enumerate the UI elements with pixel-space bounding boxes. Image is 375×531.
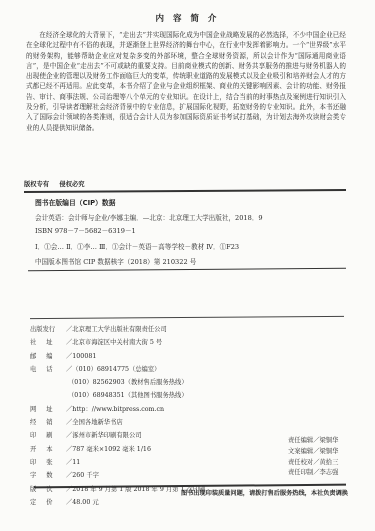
divider	[28, 268, 346, 272]
distributor-row: 经销／全国各地新华书店	[30, 416, 205, 429]
cip-bibliographic: 会计英语：会计师与企业/李娜主编．—北京：北京理工大学出版社，2018．9	[35, 212, 263, 222]
phone-row: 电话／（010）68914775（总编室）	[30, 363, 205, 376]
copy-editor: 文案编辑／梁铜华	[288, 447, 338, 458]
format-row: 开本／787 毫米×1092 毫米 1/16	[30, 443, 205, 456]
phone-row-3: （010）68948351（其他图书服务热线）	[30, 389, 205, 402]
rights-notice: 版权专有 侵权必究	[24, 179, 93, 188]
piracy-warning: 侵权必究	[59, 181, 84, 188]
intro-paragraph: 在经济全球化的大背景下，“走出去”并实现国际化成为中国企业战略发展的必然选择，不…	[26, 30, 346, 133]
word-count-row: 字数／260 千字	[30, 469, 205, 482]
publisher-row: 出版发行／北京理工大学出版社有限责任公司	[30, 323, 205, 336]
postcode-row: 邮编／100081	[30, 350, 205, 363]
responsible-editor: 责任编辑／梁铜华	[288, 436, 338, 447]
phone-row-2: （010）82562903（教材售后服务热线）	[30, 376, 205, 389]
intro-section: 在经济全球化的大背景下，“走出去”并实现国际化成为中国企业战略发展的必然选择，不…	[26, 30, 346, 133]
cip-isbn: ISBN 978－7－5682－6319－1	[35, 225, 136, 235]
sheets-row: 印张／11	[30, 456, 205, 469]
page-title: 内 容 简 介	[0, 12, 375, 24]
cip-record-number: 中国版本图书馆 CIP 数据核字（2018）第 210322 号	[35, 256, 196, 266]
print-supervisor: 责任印制／李志强	[288, 468, 338, 479]
divider	[30, 316, 344, 319]
divider	[24, 189, 346, 193]
quality-notice: 图书出现印装质量问题，请拨打售后服务热线，本社负责调换	[150, 488, 348, 497]
staff-credits: 责任编辑／梁铜华 文案编辑／梁铜华 责任校对／黄拾三 责任印制／李志强	[288, 436, 338, 479]
cip-heading: 图书在版编目（CIP）数据	[35, 197, 115, 207]
price-row: 定价／48.00 元	[30, 496, 205, 509]
cip-classification: Ⅰ．①会… Ⅱ．①李… Ⅲ．①会计－英语－高等学校－教材 Ⅳ．①F23	[35, 241, 239, 251]
publication-info: 出版发行／北京理工大学出版社有限责任公司 社址／北京市海淀区中关村南大街 5 号…	[30, 323, 205, 509]
proofreader: 责任校对／黄拾三	[288, 458, 338, 469]
printer-row: 印刷／涿州市新华印刷有限公司	[30, 429, 205, 442]
address-row: 社址／北京市海淀区中关村南大街 5 号	[30, 336, 205, 349]
website-row: 网址／http：//www.bitpress.com.cn	[30, 403, 205, 416]
rights-reserved: 版权专有	[24, 181, 49, 188]
website-link[interactable]: ／http：//www.bitpress.com.cn	[66, 403, 164, 416]
copyright-page: 内 容 简 介 在经济全球化的大背景下，“走出去”并实现国际化成为中国企业战略发…	[0, 0, 375, 531]
